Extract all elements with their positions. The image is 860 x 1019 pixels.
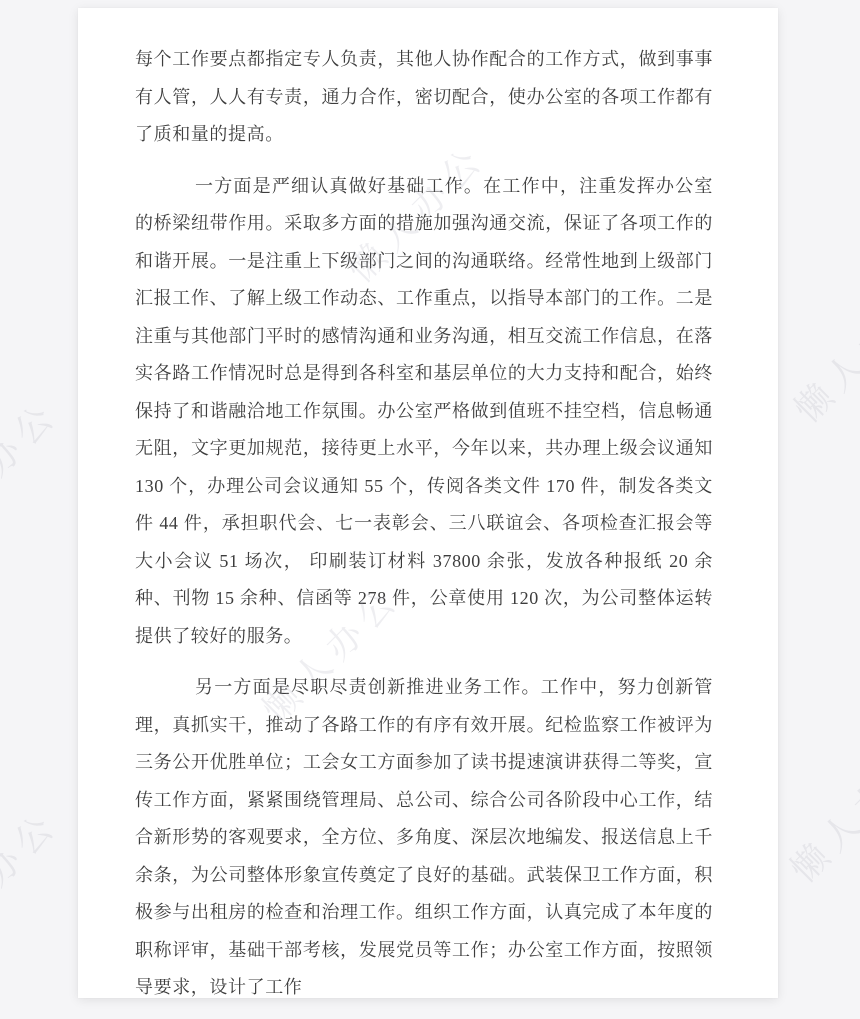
watermark: 懒人办公: [782, 272, 860, 433]
watermark: 懒人办公: [0, 388, 68, 549]
document-viewer-background: 每个工作要点都指定专人负责，其他人协作配合的工作方式，做到事事有人管，人人有专责…: [0, 0, 860, 1019]
paragraph: 另一方面是尽职尽责创新推进业务工作。工作中，努力创新管理，真抓实干，推动了各路工…: [135, 669, 713, 1007]
document-body: 每个工作要点都指定专人负责，其他人协作配合的工作方式，做到事事有人管，人人有专责…: [135, 41, 713, 1019]
watermark: 懒人办公: [778, 732, 860, 893]
document-page: 每个工作要点都指定专人负责，其他人协作配合的工作方式，做到事事有人管，人人有专责…: [78, 8, 778, 998]
watermark: 懒人办公: [0, 798, 68, 959]
paragraph: 一方面是严细认真做好基础工作。在工作中，注重发挥办公室的桥梁纽带作用。采取多方面…: [135, 168, 713, 656]
paragraph: 每个工作要点都指定专人负责，其他人协作配合的工作方式，做到事事有人管，人人有专责…: [135, 41, 713, 154]
